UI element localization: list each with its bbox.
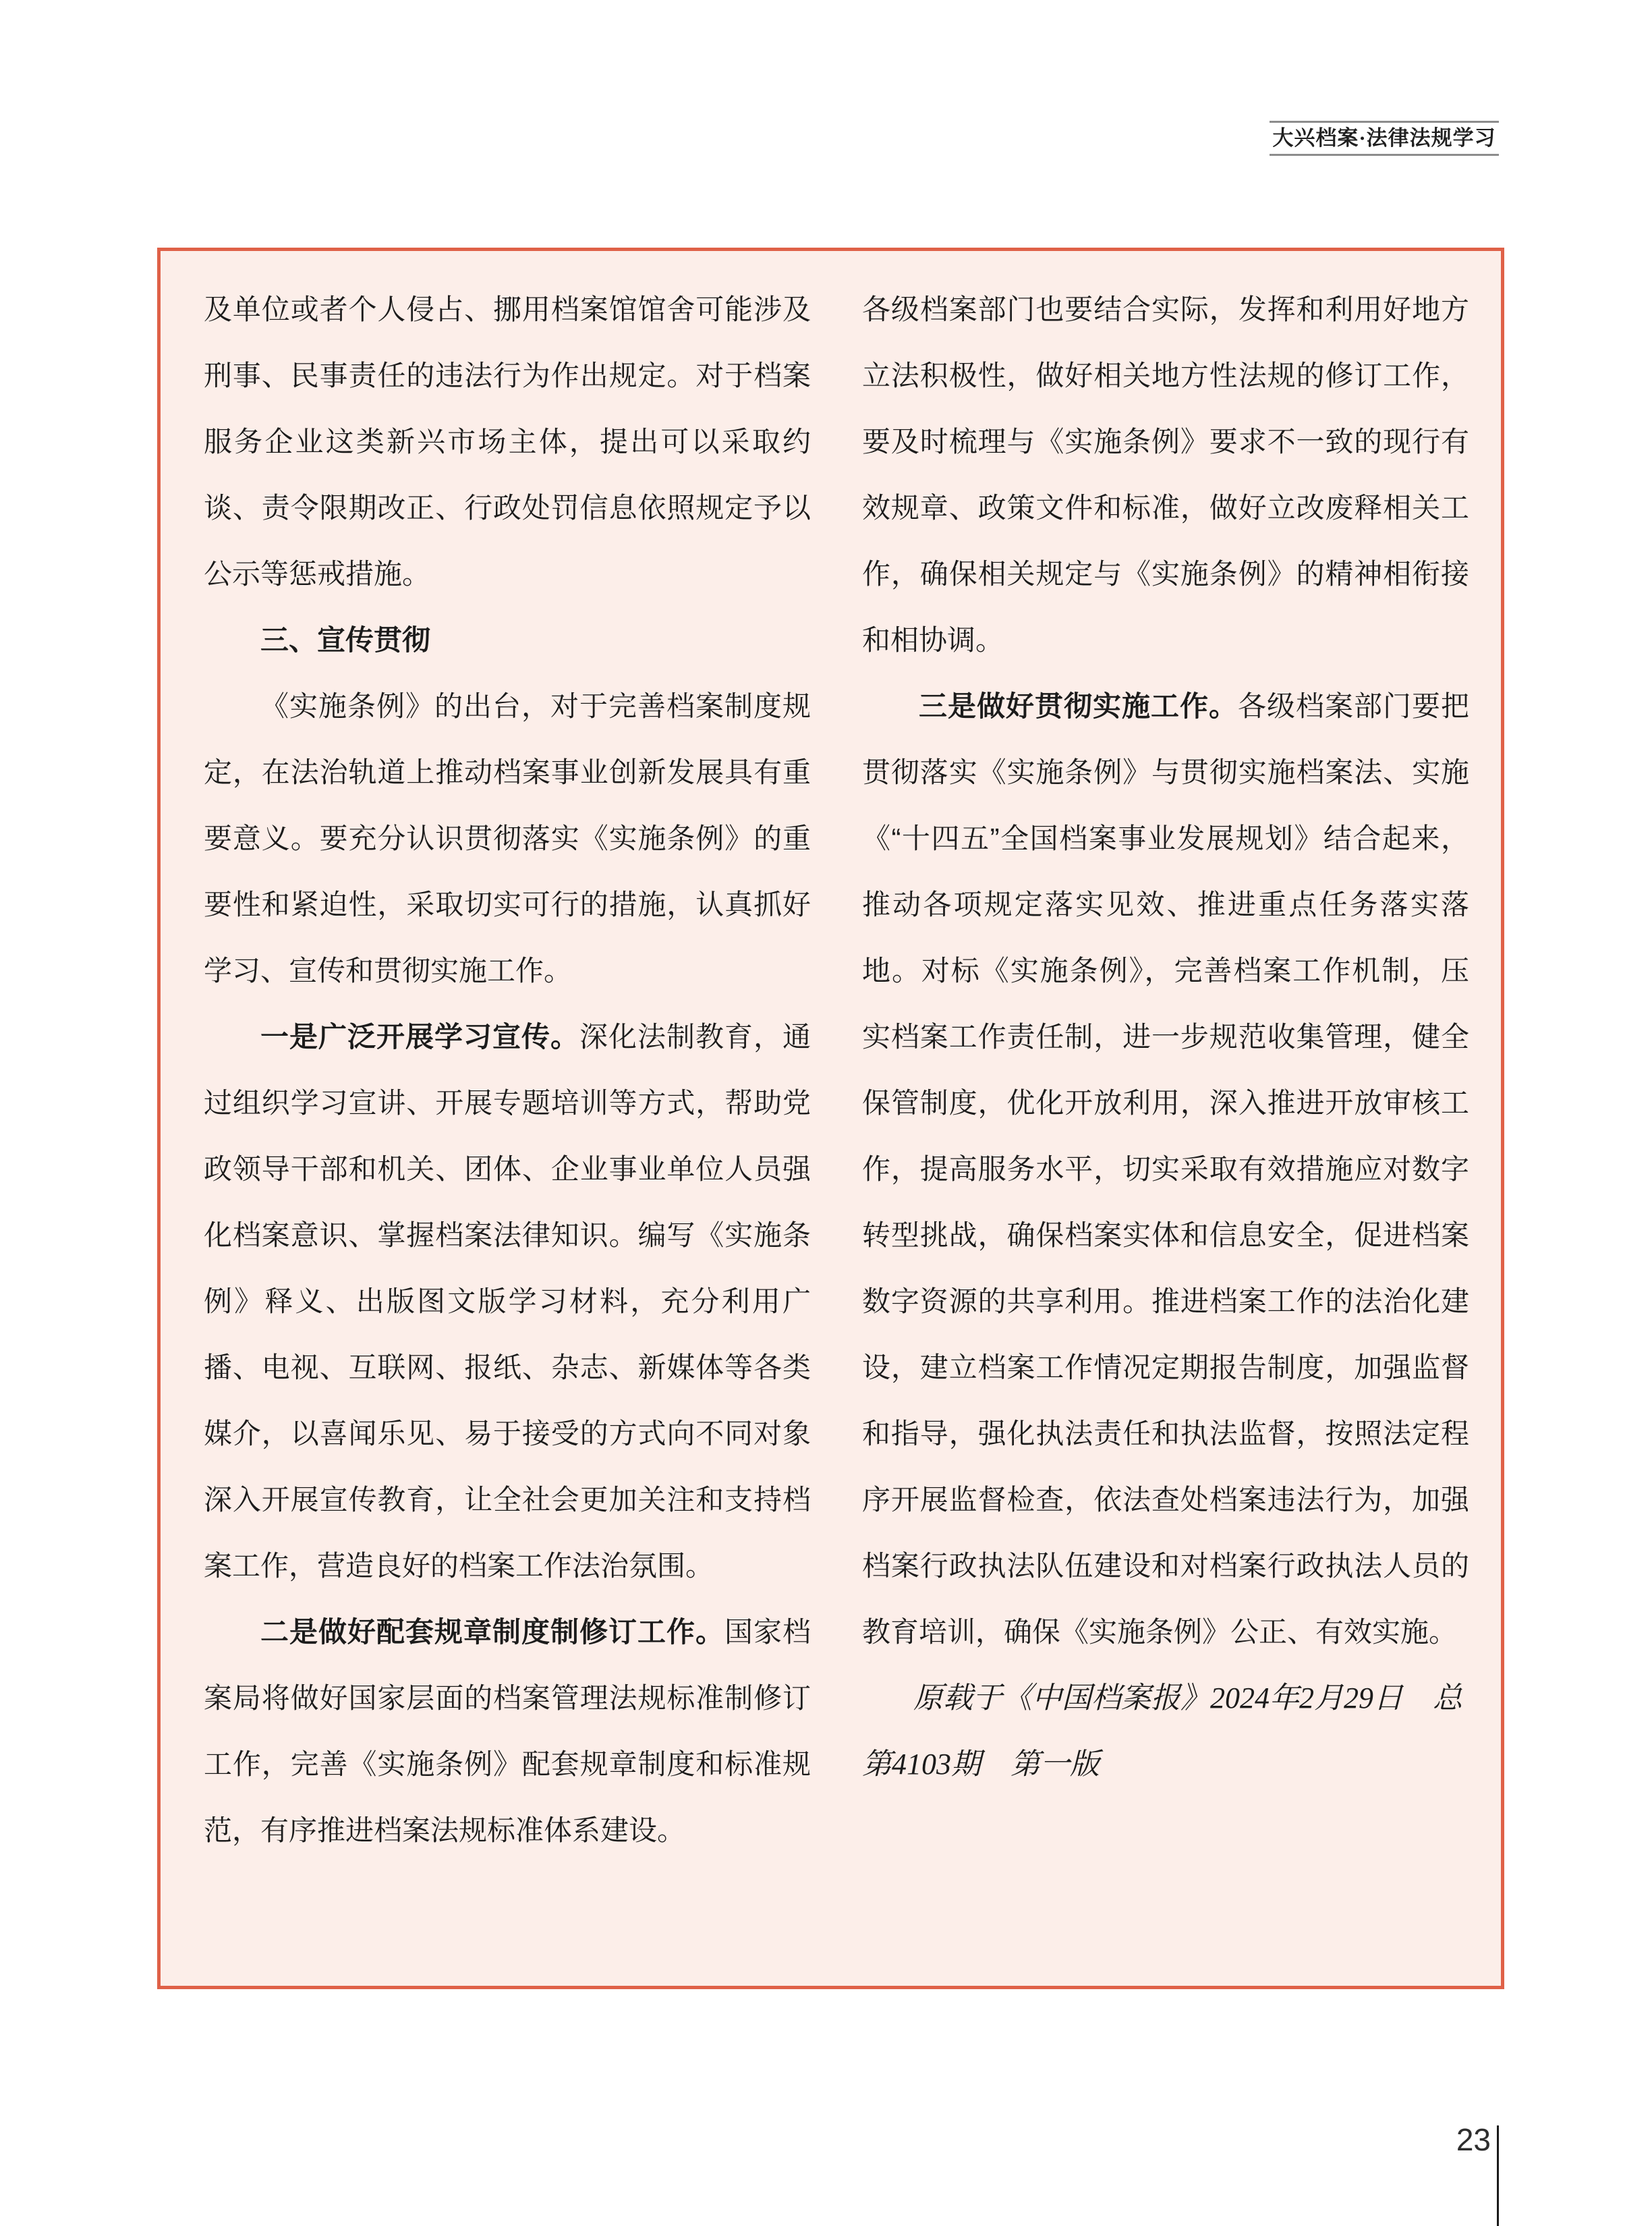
point-3-lead: 三是做好贯彻实施工作。 xyxy=(919,690,1238,722)
source-attribution: 原载于《中国档案报》2024年2月29日 总第4103期 第一版 xyxy=(862,1665,1469,1798)
two-column-layout: 及单位或者个人侵占、挪用档案馆馆舍可能涉及刑事、民事责任的违法行为作出规定。对于… xyxy=(204,277,1469,1864)
running-head-title: 大兴档案·法律法规学习 xyxy=(1270,127,1499,150)
page-number: 23 xyxy=(1437,2123,1491,2157)
point-2-body: 国家档案局将做好国家层面的档案管理法规标准制修订工作，完善《实施条例》配套规章制… xyxy=(204,1616,811,1846)
page-number-rule xyxy=(1497,2125,1499,2226)
left-column: 及单位或者个人侵占、挪用档案馆馆舍可能涉及刑事、民事责任的违法行为作出规定。对于… xyxy=(204,277,811,1864)
paragraph-point-2: 二是做好配套规章制度制修订工作。国家档案局将做好国家层面的档案管理法规标准制修订… xyxy=(204,1599,811,1864)
paragraph-point-3: 三是做好贯彻实施工作。各级档案部门要把贯彻落实《实施条例》与贯彻实施档案法、实施… xyxy=(862,673,1469,1665)
paragraph-continuation-right: 各级档案部门也要结合实际，发挥和利用好地方立法积极性，做好相关地方性法规的修订工… xyxy=(862,277,1469,673)
paragraph-intro: 《实施条例》的出台，对于完善档案制度规定，在法治轨道上推动档案事业创新发展具有重… xyxy=(204,673,811,1004)
magazine-page: 大兴档案·法律法规学习 及单位或者个人侵占、挪用档案馆馆舍可能涉及刑事、民事责任… xyxy=(0,0,1652,2226)
point-1-body: 深化法制教育，通过组织学习宣讲、开展专题培训等方式，帮助党政领导干部和机关、团体… xyxy=(204,1021,811,1582)
running-head: 大兴档案·法律法规学习 xyxy=(1270,121,1499,156)
point-2-lead: 二是做好配套规章制度制修订工作。 xyxy=(260,1616,724,1648)
right-column: 各级档案部门也要结合实际，发挥和利用好地方立法积极性，做好相关地方性法规的修订工… xyxy=(862,277,1469,1864)
paragraph-point-1: 一是广泛开展学习宣传。深化法制教育，通过组织学习宣讲、开展专题培训等方式，帮助党… xyxy=(204,1004,811,1599)
article-panel: 及单位或者个人侵占、挪用档案馆馆舍可能涉及刑事、民事责任的违法行为作出规定。对于… xyxy=(157,248,1504,1989)
point-3-body: 各级档案部门要把贯彻落实《实施条例》与贯彻实施档案法、实施《“十四五”全国档案事… xyxy=(862,690,1469,1648)
section-heading: 三、宣传贯彻 xyxy=(204,607,811,673)
paragraph-continuation-left: 及单位或者个人侵占、挪用档案馆馆舍可能涉及刑事、民事责任的违法行为作出规定。对于… xyxy=(204,277,811,607)
point-1-lead: 一是广泛开展学习宣传。 xyxy=(260,1021,579,1053)
